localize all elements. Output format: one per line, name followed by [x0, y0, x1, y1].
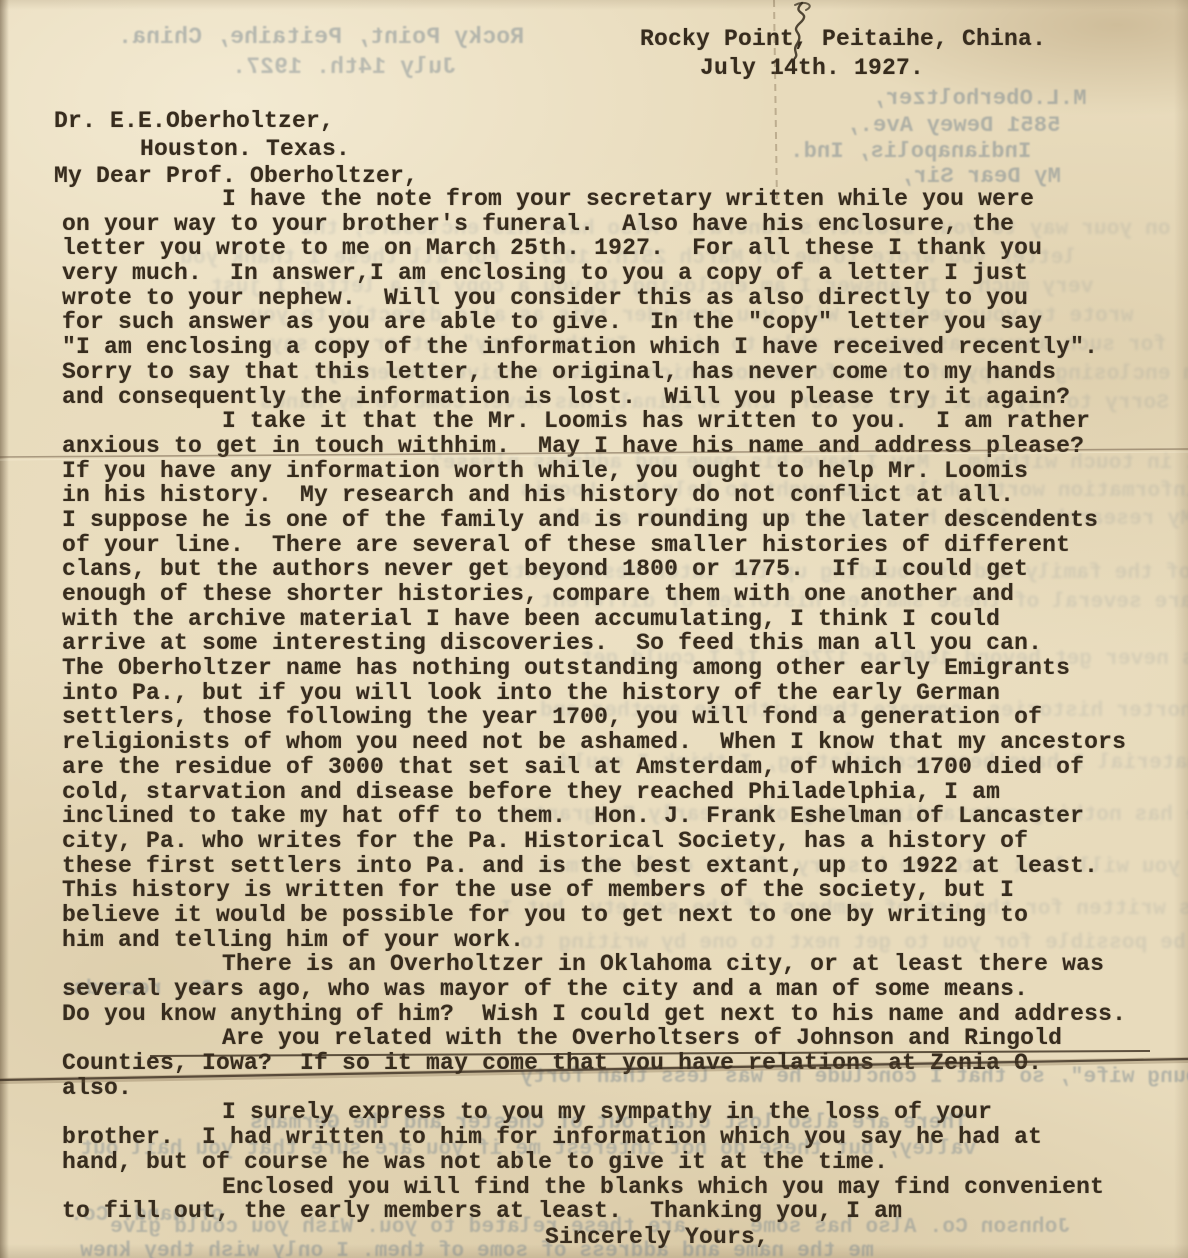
letter-line: also.	[62, 1076, 1126, 1101]
letter-line: I suppose he is one of the family and is…	[62, 508, 1126, 533]
closing-signature-line: Sincerely Yours,	[545, 1224, 769, 1250]
letter-line: The Oberholtzer name has nothing outstan…	[62, 656, 1126, 681]
bleed-through-line: Indianapolis, Ind.	[790, 139, 1031, 164]
letter-line: him and telling him of your work.	[62, 928, 1126, 953]
letter-line: clans, but the authors never get beyond …	[62, 557, 1126, 582]
letter-line: enough of these shorter histories, compa…	[62, 582, 1126, 607]
letter-body: I have the note from your secretary writ…	[62, 187, 1126, 1224]
letter-line: Counties, Iowa? If so it may come that y…	[62, 1051, 1126, 1076]
letter-line: of your line. There are several of these…	[62, 533, 1126, 558]
bleed-through-line: Rocky Point, Peitaihe, China.	[118, 24, 524, 50]
letter-line: If you have any information worth while,…	[62, 459, 1126, 484]
letter-line: for such answer as you are able to give.…	[62, 310, 1126, 335]
letter-line: and consequently the information is lost…	[62, 385, 1126, 410]
recipient-city: Houston. Texas.	[140, 136, 350, 162]
letter-line: wrote to your nephew. Will you consider …	[62, 286, 1126, 311]
letter-line: arrive at some interesting discoveries. …	[62, 631, 1126, 656]
letter-line: city, Pa. who writes for the Pa. Histori…	[62, 829, 1126, 854]
letter-line: I take it that the Mr. Loomis has writte…	[62, 409, 1126, 434]
letter-line: This history is written for the use of m…	[62, 878, 1126, 903]
letter-line: hand, but of course he was not able to g…	[62, 1150, 1126, 1175]
bleed-through-line: July 14th. 1927.	[232, 54, 456, 80]
letter-line: to fill out, the early members at least.…	[62, 1199, 1126, 1224]
dateline-location: Rocky Point, Peitaihe, China.	[640, 26, 1046, 52]
letter-line: cold, starvation and disease before they…	[62, 780, 1126, 805]
letter-line: "I am enclosing a copy of the informatio…	[62, 335, 1126, 360]
letter-line: into Pa., but if you will look into the …	[62, 681, 1126, 706]
letter-line: are the residue of 3000 that set sail at…	[62, 755, 1126, 780]
letter-line: religionists of whom you need not be ash…	[62, 730, 1126, 755]
letter-line: settlers, those following the year 1700,…	[62, 705, 1126, 730]
letter-line: in his history. My research and his hist…	[62, 483, 1126, 508]
letter-line: inclined to take my hat off to them. Hon…	[62, 804, 1126, 829]
letter-line: these first settlers into Pa. and is the…	[62, 854, 1126, 879]
letter-line: with the archive material I have been ac…	[62, 607, 1126, 632]
letter-line: several years ago, who was mayor of the …	[62, 977, 1126, 1002]
letter-line: on your way to your brother's funeral. A…	[62, 212, 1126, 237]
dateline-date: July 14th. 1927.	[700, 55, 924, 81]
letter-line: believe it would be possible for you to …	[62, 903, 1126, 928]
recipient-name: Dr. E.E.Oberholtzer,	[54, 108, 334, 134]
letter-line: Enclosed you will find the blanks which …	[62, 1175, 1126, 1200]
bleed-through-line: M.L.Oberholtzer,	[872, 86, 1086, 111]
ink-squiggle-top	[795, 3, 810, 10]
letter-line: Are you related with the Overholtsers of…	[62, 1026, 1126, 1051]
letter-line: I surely express to you my sympathy in t…	[62, 1100, 1126, 1125]
letter-line: Do you know anything of him? Wish I coul…	[62, 1002, 1126, 1027]
letter-line: I have the note from your secretary writ…	[62, 187, 1126, 212]
letter-line: There is an Overholtzer in Oklahoma city…	[62, 952, 1126, 977]
letter-line: letter you wrote to me on March 25th. 19…	[62, 236, 1126, 261]
letter-line: Sorry to say that this letter, the origi…	[62, 360, 1126, 385]
letter-line: brother. I had written to him for inform…	[62, 1125, 1126, 1150]
letter-page: Rocky Point, Peitaihe, China.July 14th. …	[0, 0, 1188, 1258]
letter-line: very much. In answer,I am enclosing to y…	[62, 261, 1126, 286]
bleed-through-line: 5851 Dewey Ave.,	[846, 113, 1060, 138]
letter-line: anxious to get in touch withhim. May I h…	[62, 434, 1126, 459]
